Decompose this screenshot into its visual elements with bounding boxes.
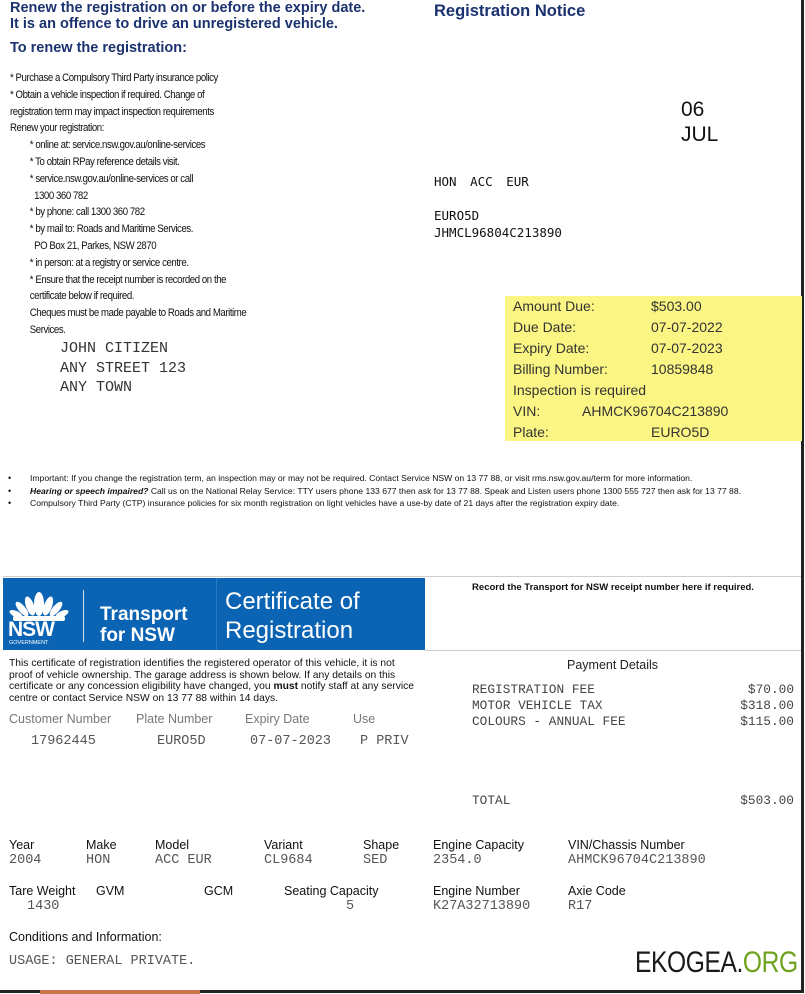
bottom-strip bbox=[40, 990, 200, 994]
instruction-line: Cheques must be made payable to Roads an… bbox=[10, 305, 294, 322]
year-label: Year bbox=[9, 838, 34, 852]
instruction-line: * Ensure that the receipt number is reco… bbox=[10, 272, 294, 289]
axle-code-value: R17 bbox=[568, 899, 592, 914]
instruction-line: 1300 360 782 bbox=[10, 188, 294, 205]
total-label: TOTAL bbox=[472, 793, 510, 808]
notice-date: 06 JUL bbox=[681, 97, 718, 147]
customer-number-value: 17962445 bbox=[31, 734, 96, 749]
billing-number-label: Billing Number: bbox=[513, 361, 608, 377]
address-street: ANY STREET 123 bbox=[60, 359, 186, 379]
expiry-date-label: Expiry Date: bbox=[513, 340, 589, 356]
watermark-logo: EKOGEA.ORG bbox=[635, 946, 798, 980]
vin-value: AHMCK96704C213890 bbox=[582, 403, 728, 419]
instruction-line: * Purchase a Compulsory Third Party insu… bbox=[10, 70, 294, 87]
renew-warning-line1: Renew the registration on or before the … bbox=[10, 0, 365, 16]
year-value: 2004 bbox=[9, 853, 41, 868]
mailing-address: JOHN CITIZEN ANY STREET 123 ANY TOWN bbox=[60, 339, 186, 398]
notice-vehicle-ids: EURO5D JHMCL96804C213890 bbox=[434, 207, 562, 241]
conditions-value: USAGE: GENERAL PRIVATE. bbox=[9, 954, 195, 969]
amount-due-value: $503.00 bbox=[651, 298, 702, 314]
make-value: HON bbox=[86, 853, 110, 868]
plate-value: EURO5D bbox=[651, 424, 709, 440]
seating-capacity-value: 5 bbox=[346, 899, 354, 914]
bullet-icon: • bbox=[8, 472, 30, 485]
address-town: ANY TOWN bbox=[60, 378, 186, 398]
instruction-line: * To obtain RPay reference details visit… bbox=[10, 154, 294, 171]
notice-vehicle-make-model: HON ACC EUR bbox=[434, 174, 529, 189]
payment-summary-box: Amount Due: $503.00 Due Date: 07-07-2022… bbox=[505, 296, 802, 441]
total-value: $503.00 bbox=[700, 793, 794, 808]
tare-weight-label: Tare Weight bbox=[9, 884, 75, 898]
model-label: Model bbox=[155, 838, 189, 852]
plate-label: Plate: bbox=[513, 424, 549, 440]
divider bbox=[3, 576, 801, 577]
instruction-line: Services. bbox=[10, 322, 294, 339]
bullet-icon: • bbox=[8, 497, 30, 510]
certificate-description: This certificate of registration identif… bbox=[9, 658, 419, 705]
use-label: Use bbox=[353, 712, 375, 726]
variant-label: Variant bbox=[264, 838, 303, 852]
tare-weight-value: 1430 bbox=[27, 899, 59, 914]
axle-code-label: Axie Code bbox=[568, 884, 626, 898]
note-item: •Important: If you change the registrati… bbox=[8, 472, 741, 485]
nsw-government-text: GOVERNMENT bbox=[9, 640, 48, 646]
instruction-line: * by phone: call 1300 360 782 bbox=[10, 204, 294, 221]
vin-chassis-value: AHMCK96704C213890 bbox=[568, 853, 706, 868]
expiry-date-value: 07-07-2023 bbox=[651, 340, 723, 356]
bullet-icon: • bbox=[8, 485, 30, 498]
seating-capacity-label: Seating Capacity bbox=[284, 884, 379, 898]
instruction-line: registration term may impact inspection … bbox=[10, 104, 294, 121]
payment-item-row: COLOURS - ANNUAL FEE$115.00 bbox=[472, 714, 794, 730]
agency-name: Transport for NSW bbox=[100, 604, 188, 646]
variant-value: CL9684 bbox=[264, 853, 313, 868]
instruction-line: * Obtain a vehicle inspection if require… bbox=[10, 87, 294, 104]
payment-item-label: MOTOR VEHICLE TAX bbox=[472, 698, 603, 714]
engine-capacity-label: Engine Capacity bbox=[433, 838, 524, 852]
renew-warning: Renew the registration on or before the … bbox=[10, 0, 365, 32]
gvm-label: GVM bbox=[96, 884, 124, 898]
instruction-line: * by mail to: Roads and Maritime Service… bbox=[10, 221, 294, 238]
payment-details-title: Payment Details bbox=[567, 658, 658, 672]
use-value: P PRIV bbox=[360, 734, 409, 749]
receipt-instruction: Record the Transport for NSW receipt num… bbox=[425, 582, 801, 593]
plate-number-label: Plate Number bbox=[136, 712, 212, 726]
notice-model: ACC EUR bbox=[470, 174, 529, 189]
engine-number-value: K27A32713890 bbox=[433, 899, 530, 914]
nsw-logo-text: NSW bbox=[8, 618, 54, 642]
due-date-value: 07-07-2022 bbox=[651, 319, 723, 335]
engine-capacity-value: 2354.0 bbox=[433, 853, 482, 868]
plate-number-value: EURO5D bbox=[157, 734, 206, 749]
notice-title: Registration Notice bbox=[434, 2, 585, 21]
cert-expiry-date-label: Expiry Date bbox=[245, 712, 310, 726]
note-item: •Compulsory Third Party (CTP) insurance … bbox=[8, 497, 741, 510]
waratah-logo-icon bbox=[9, 582, 69, 622]
instruction-line: certificate below if required. bbox=[10, 288, 294, 305]
notice-vin: JHMCL96804C213890 bbox=[434, 224, 562, 241]
instruction-line: * service.nsw.gov.au/online-services or … bbox=[10, 171, 294, 188]
payment-item-label: REGISTRATION FEE bbox=[472, 682, 595, 698]
billing-number-value: 10859848 bbox=[651, 361, 713, 377]
instruction-line: Renew your registration: bbox=[10, 120, 294, 137]
vin-label: VIN: bbox=[513, 403, 540, 419]
amount-due-label: Amount Due: bbox=[513, 298, 595, 314]
instruction-line: * in person: at a registry or service ce… bbox=[10, 255, 294, 272]
renewal-instructions: * Purchase a Compulsory Third Party insu… bbox=[10, 70, 294, 339]
cert-expiry-date-value: 07-07-2023 bbox=[250, 734, 331, 749]
customer-number-label: Customer Number bbox=[9, 712, 111, 726]
payment-item-row: REGISTRATION FEE$70.00 bbox=[472, 682, 794, 698]
notice-make: HON bbox=[434, 174, 457, 189]
to-renew-heading: To renew the registration: bbox=[10, 40, 187, 56]
payment-item-amount: $115.00 bbox=[740, 714, 794, 730]
instruction-line: * online at: service.nsw.gov.au/online-s… bbox=[10, 137, 294, 154]
instruction-line: PO Box 21, Parkes, NSW 2870 bbox=[10, 238, 294, 255]
note-item: •Hearing or speech impaired? Call us on … bbox=[8, 485, 741, 498]
certificate-title: Certificate of Registration bbox=[225, 587, 360, 645]
shape-value: SED bbox=[363, 853, 387, 868]
model-value: ACC EUR bbox=[155, 853, 212, 868]
address-name: JOHN CITIZEN bbox=[60, 339, 186, 359]
logo-divider bbox=[83, 590, 84, 642]
payment-item-amount: $318.00 bbox=[740, 698, 794, 714]
header-divider bbox=[216, 578, 217, 650]
gcm-label: GCM bbox=[204, 884, 233, 898]
shape-label: Shape bbox=[363, 838, 399, 852]
notice-month: JUL bbox=[681, 122, 718, 147]
inspection-status: Inspection is required bbox=[513, 382, 646, 398]
payment-item-amount: $70.00 bbox=[748, 682, 794, 698]
certificate-header: NSW GOVERNMENT Transport for NSW Certifi… bbox=[3, 578, 425, 650]
renew-warning-line2: It is an offence to drive an unregistere… bbox=[10, 16, 365, 32]
conditions-label: Conditions and Information: bbox=[9, 930, 162, 944]
payment-item-label: COLOURS - ANNUAL FEE bbox=[472, 714, 626, 730]
notice-day: 06 bbox=[681, 97, 718, 122]
notice-plate: EURO5D bbox=[434, 207, 562, 224]
make-label: Make bbox=[86, 838, 117, 852]
payment-item-row: MOTOR VEHICLE TAX$318.00 bbox=[472, 698, 794, 714]
due-date-label: Due Date: bbox=[513, 319, 576, 335]
important-notes: •Important: If you change the registrati… bbox=[8, 472, 741, 510]
payment-items: REGISTRATION FEE$70.00MOTOR VEHICLE TAX$… bbox=[472, 682, 794, 730]
engine-number-label: Engine Number bbox=[433, 884, 520, 898]
vin-chassis-label: VIN/Chassis Number bbox=[568, 838, 685, 852]
